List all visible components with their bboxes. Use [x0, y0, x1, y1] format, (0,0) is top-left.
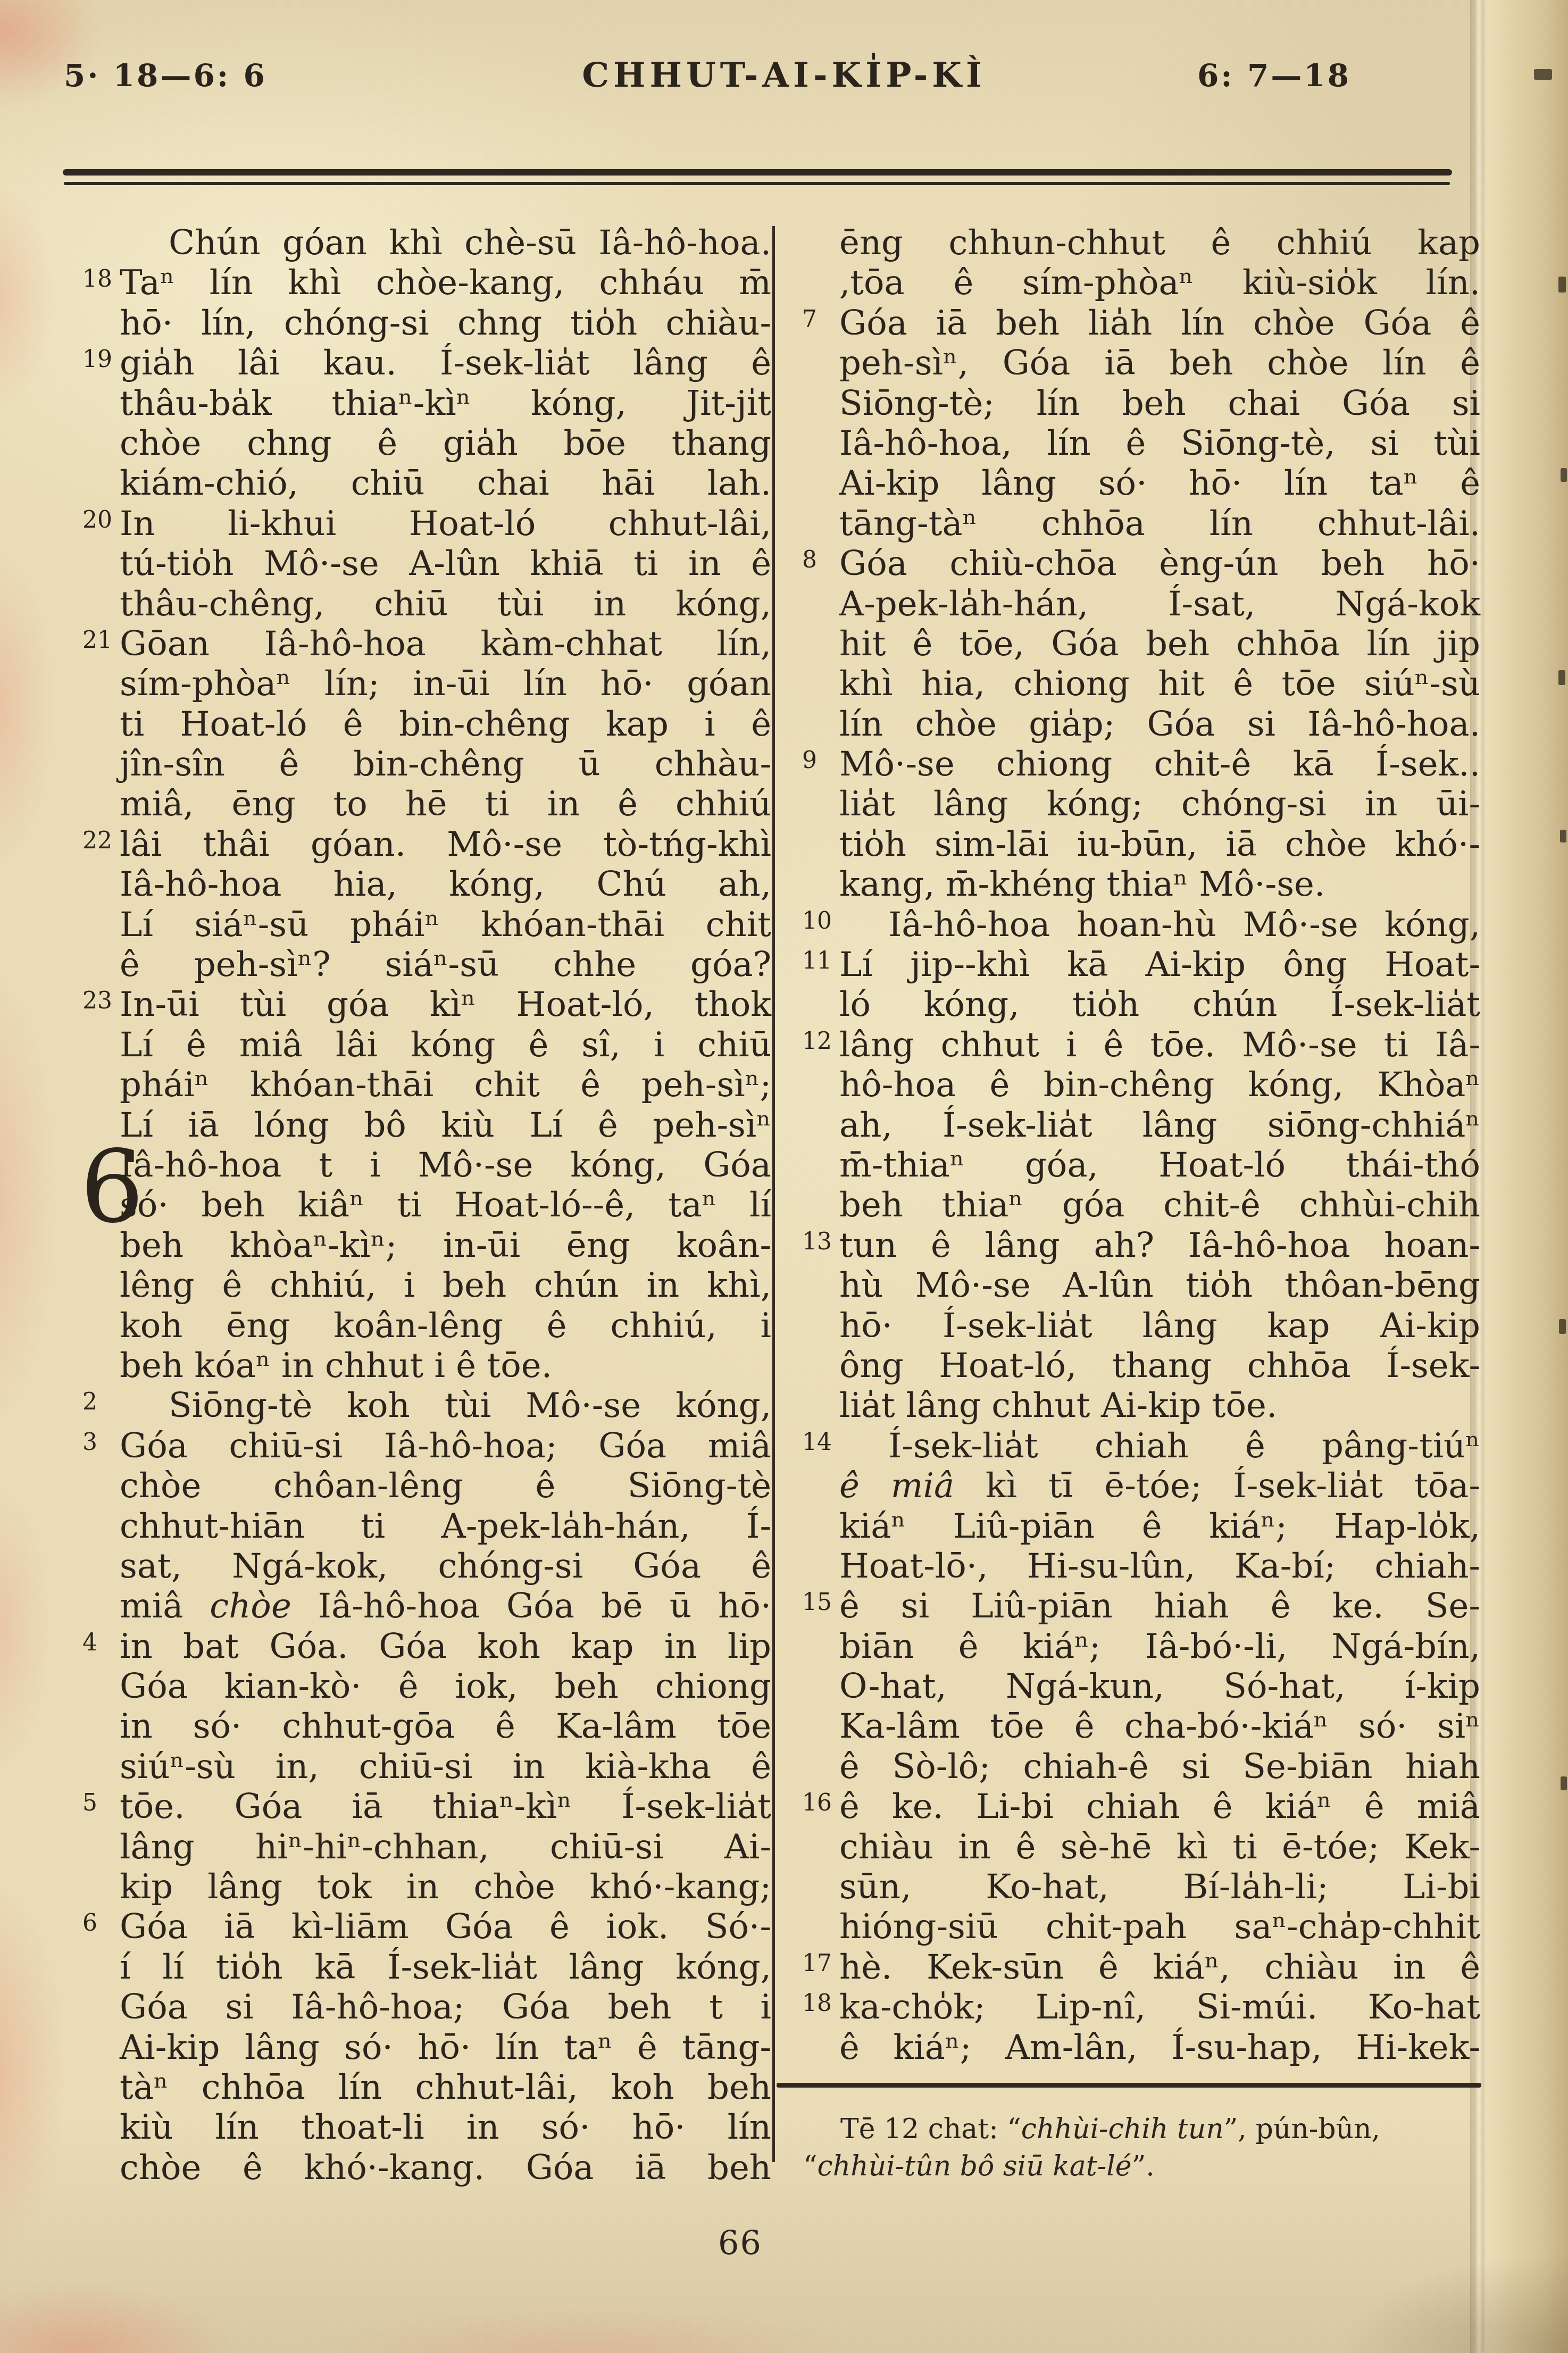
line-text: chòe chng ê gia̍h bōe thang: [120, 424, 771, 464]
line-text: beh thiaⁿ góa chit-ê chhùi-chih: [839, 1186, 1480, 1225]
line-text: beh khòaⁿ-kìⁿ; in-ūi ēng koân-: [120, 1226, 771, 1266]
verse-number: 18: [802, 1983, 836, 2023]
text-line: m̄-thiaⁿ góa, Hoat-ló thái-thó: [839, 1146, 1480, 1186]
text-line: beh khòaⁿ-kìⁿ; in-ūi ēng koân-: [120, 1226, 771, 1266]
line-text: tōe. Góa iā thiaⁿ-kìⁿ Í-sek-lia̍t: [120, 1787, 771, 1827]
text-line: A-pek-la̍h-hán, Í-sat, Ngá-kok: [839, 585, 1480, 624]
line-text: tun ê lâng ah? Iâ-hô-hoa hoan-: [839, 1226, 1480, 1266]
text-line: 22lâi thâi góan. Mô·-se tò-tńg-khì: [120, 825, 771, 865]
page-curl-strip: [1473, 0, 1568, 2353]
text-line: 15ê si Liû-piān hiah ê ke. Se-: [839, 1587, 1480, 1626]
column-divider-rule: [772, 226, 775, 2162]
line-text: Í-sek-lia̍t chiah ê pâng-tiúⁿ: [839, 1426, 1480, 1466]
line-text: siúⁿ-sù in, chiū-si in kià-kha ê: [120, 1747, 771, 1787]
verse-number: 3: [82, 1422, 116, 1462]
text-line: 18Taⁿ lín khì chòe-kang, chháu m̄: [120, 263, 771, 303]
line-text: Lí ê miâ lâi kóng ê sî, i chiū: [120, 1025, 771, 1065]
text-line: lia̍t lâng kóng; chóng-si in ūi-: [839, 785, 1480, 824]
text-line: ê peh-sìⁿ? siáⁿ-sū chhe góa?: [120, 945, 771, 985]
verse-number: 14: [802, 1422, 836, 1462]
text-line: Lí iā lóng bô kiù Lí ê peh-sìⁿ: [120, 1106, 771, 1146]
text-line: chòe chôan-lêng ê Siōng-tè: [120, 1466, 771, 1506]
text-line: lâng hiⁿ-hiⁿ-chhan, chiū-si Ai-: [120, 1828, 771, 1867]
line-text: kang, m̄-khéng thiaⁿ Mô·-se.: [839, 865, 1480, 905]
text-line: Iâ-hô-hoa, lín ê Siōng-tè, si tùi: [839, 424, 1480, 464]
line-text: ah, Í-sek-lia̍t lâng siōng-chhiáⁿ: [839, 1106, 1480, 1146]
line-text: khì hia, chiong hit ê tōe siúⁿ-sù: [839, 664, 1480, 704]
text-line: 8Góa chiù-chōa èng-ún beh hō·: [839, 544, 1480, 584]
line-text: lín chòe gia̍p; Góa si Iâ-hô-hoa.: [839, 705, 1480, 745]
line-text: gia̍h lâi kau. Í-sek-lia̍t lâng ê: [120, 344, 771, 383]
text-line: hō· lín, chóng-si chng tio̍h chiàu-: [120, 304, 771, 344]
text-line: Ai-kip lâng só· hō· lín taⁿ ê: [839, 464, 1480, 504]
text-line: Góa si Iâ-hô-hoa; Góa beh t i: [120, 1988, 771, 2027]
text-line: lia̍t lâng chhut Ai-kip tōe.: [839, 1386, 1480, 1426]
text-line: ló kóng, tio̍h chún Í-sek-lia̍t: [839, 985, 1480, 1025]
line-text: Góa kian-kò· ê iok, beh chiong: [120, 1667, 771, 1707]
line-text: jîn-sîn ê bin-chêng ū chhàu-: [120, 745, 771, 785]
line-text: beh kóaⁿ in chhut i ê tōe.: [120, 1346, 771, 1386]
edge-ink-mark: [1560, 830, 1566, 842]
text-line: koh ēng koân-lêng ê chhiú, i: [120, 1306, 771, 1346]
line-text: Lí jip--khì kā Ai-kip ông Hoat-: [839, 945, 1480, 985]
text-line: 18ka-cho̍k; Lip-nî, Si-múi. Ko-hat: [839, 1988, 1480, 2027]
line-text: Lí iā lóng bô kiù Lí ê peh-sìⁿ: [120, 1106, 771, 1146]
text-line: Chún góan khì chè-sū Iâ-hô-hoa.: [120, 223, 771, 263]
chapter-number: 6: [80, 1137, 144, 1237]
footnote: Tē 12 chat: “chhùi-chih tun”, pún-bûn,“c…: [803, 2110, 1489, 2185]
text-line: in só· chhut-gōa ê Ka-lâm tōe: [120, 1707, 771, 1747]
text-line: Iâ-hô-hoa t i Mô·-se kóng, Góa: [120, 1146, 771, 1186]
book-page: 5· 18—6: 6 CHHUT-AI-KI̍P-KÌ 6: 7—18 Chún…: [0, 0, 1568, 2353]
line-text: ka-cho̍k; Lip-nî, Si-múi. Ko-hat: [839, 1988, 1480, 2027]
text-line: chhut-hiān ti A-pek-la̍h-hán, Í-: [120, 1507, 771, 1547]
verse-number: 9: [802, 740, 836, 780]
edge-ink-mark: [1559, 1319, 1566, 1334]
text-line: hióng-siū chit-pah saⁿ-cha̍p-chhit: [839, 1907, 1480, 1947]
line-text: Iâ-hô-hoa t i Mô·-se kóng, Góa: [120, 1146, 771, 1186]
line-text: Ka-lâm tōe ê cha-bó·-kiáⁿ só· siⁿ: [839, 1707, 1480, 1747]
header-right-reference: 6: 7—18: [1197, 57, 1351, 94]
line-text: sūn, Ko-hat, Bí-la̍h-li; Li-bi: [839, 1867, 1480, 1907]
verse-number: 11: [802, 941, 836, 981]
text-line: jîn-sîn ê bin-chêng ū chhàu-: [120, 745, 771, 785]
line-text: Chún góan khì chè-sū Iâ-hô-hoa.: [120, 223, 771, 263]
text-line: chòe chng ê gia̍h bōe thang: [120, 424, 771, 464]
verse-number: 22: [82, 821, 116, 861]
text-line: sat, Ngá-kok, chóng-si Góa ê: [120, 1547, 771, 1587]
line-text: Góa si Iâ-hô-hoa; Góa beh t i: [120, 1988, 771, 2027]
line-text: Siōng-tè koh tùi Mô·-se kóng,: [120, 1386, 771, 1426]
text-line: chiàu in ê sè-hē kì ti ē-tóe; Kek-: [839, 1828, 1480, 1867]
verse-number: 16: [802, 1783, 836, 1823]
text-line: thâu-chêng, chiū tùi in kóng,: [120, 585, 771, 624]
line-text: Gōan Iâ-hô-hoa kàm-chhat lín,: [120, 624, 771, 664]
text-line: 9Mô·-se chiong chit-ê kā Í-sek..: [839, 745, 1480, 785]
text-line: 10Iâ-hô-hoa hoan-hù Mô·-se kóng,: [839, 905, 1480, 945]
text-line: pháiⁿ khóan-thāi chit ê peh-sìⁿ;: [120, 1065, 771, 1105]
text-line: 17hè. Kek-sūn ê kiáⁿ, chiàu in ê: [839, 1948, 1480, 1988]
line-text: ê ke. Li-bi chiah ê kiáⁿ ê miâ: [839, 1787, 1480, 1827]
line-text: lia̍t lâng kóng; chóng-si in ūi-: [839, 785, 1480, 824]
text-line: Ka-lâm tōe ê cha-bó·-kiáⁿ só· siⁿ: [839, 1707, 1480, 1747]
verse-number: 17: [802, 1943, 836, 1983]
verse-number: 12: [802, 1021, 836, 1061]
line-text: biān ê kiáⁿ; Iâ-bó·-li, Ngá-bín,: [839, 1627, 1480, 1667]
text-line: 5tōe. Góa iā thiaⁿ-kìⁿ Í-sek-lia̍t: [120, 1787, 771, 1827]
text-line: sūn, Ko-hat, Bí-la̍h-li; Li-bi: [839, 1867, 1480, 1907]
bottom-corner-shadow: [1249, 2215, 1568, 2353]
line-text: sím-phòaⁿ lín; in-ūi lín hō· góan: [120, 664, 771, 704]
edge-ink-mark: [1561, 1776, 1567, 1790]
text-line: ti Hoat-ló ê bin-chêng kap i ê: [120, 705, 771, 745]
line-text: Siōng-tè; lín beh chai Góa si: [839, 384, 1480, 424]
line-text: sat, Ngá-kok, chóng-si Góa ê: [120, 1547, 771, 1587]
verse-number: 13: [802, 1222, 836, 1262]
line-text: ,tōa ê sím-phòaⁿ kiù-sio̍k lín.: [839, 263, 1480, 303]
text-line: ah, Í-sek-lia̍t lâng siōng-chhiáⁿ: [839, 1106, 1480, 1146]
line-text: ti Hoat-ló ê bin-chêng kap i ê: [120, 705, 771, 745]
line-text: thâu-chêng, chiū tùi in kóng,: [120, 585, 771, 624]
line-text: tàⁿ chhōa lín chhut-lâi, koh beh: [120, 2068, 771, 2108]
verse-number: 2: [82, 1382, 116, 1422]
verse-number: 21: [82, 620, 116, 660]
line-text: lâng chhut i ê tōe. Mô·-se ti Iâ-: [839, 1025, 1480, 1065]
header-rule-thick: [63, 169, 1452, 176]
text-line: Lí ê miâ lâi kóng ê sî, i chiū: [120, 1025, 771, 1065]
line-text: in bat Góa. Góa koh kap in lip: [120, 1627, 771, 1667]
line-text: m̄-thiaⁿ góa, Hoat-ló thái-thó: [839, 1146, 1480, 1186]
line-text: hô-hoa ê bin-chêng kóng, Khòaⁿ: [839, 1065, 1480, 1105]
footnote-rule: [777, 2083, 1481, 2088]
text-line: Góa kian-kò· ê iok, beh chiong: [120, 1667, 771, 1707]
line-text: chòe chôan-lêng ê Siōng-tè: [120, 1466, 771, 1506]
line-text: tio̍h sim-lāi iu-būn, iā chòe khó·-: [839, 825, 1480, 865]
text-line: Hoat-lō·, Hi-su-lûn, Ka-bí; chiah-: [839, 1547, 1480, 1587]
text-line: sím-phòaⁿ lín; in-ūi lín hō· góan: [120, 664, 771, 704]
line-text: ê peh-sìⁿ? siáⁿ-sū chhe góa?: [120, 945, 771, 985]
line-text: chiàu in ê sè-hē kì ti ē-tóe; Kek-: [839, 1828, 1480, 1867]
text-line: O-hat, Ngá-kun, Só-hat, í-kip: [839, 1667, 1480, 1707]
text-line: kip lâng tok in chòe khó·-kang;: [120, 1867, 771, 1907]
text-line: kiám-chió, chiū chai hāi lah.: [120, 464, 771, 504]
text-line: 20In li-khui Hoat-ló chhut-lâi,: [120, 504, 771, 544]
text-line: Siōng-tè; lín beh chai Góa si: [839, 384, 1480, 424]
text-line: khì hia, chiong hit ê tōe siúⁿ-sù: [839, 664, 1480, 704]
line-text: chhut-hiān ti A-pek-la̍h-hán, Í-: [120, 1507, 771, 1547]
header-rule-thin: [64, 182, 1450, 185]
line-text: kiám-chió, chiū chai hāi lah.: [120, 464, 771, 504]
text-line: 7Góa iā beh lia̍h lín chòe Góa ê: [839, 304, 1480, 344]
line-text: Ai-kip lâng só· hō· lín taⁿ ê tāng-: [120, 2028, 771, 2068]
edge-ink-mark: [1558, 670, 1565, 685]
verse-number: 23: [82, 981, 116, 1021]
line-text: kiáⁿ Liû-piān ê kiáⁿ; Hap-lo̍k,: [839, 1507, 1480, 1547]
text-line: 13tun ê lâng ah? Iâ-hô-hoa hoan-: [839, 1226, 1480, 1266]
text-line: 11Lí jip--khì kā Ai-kip ông Hoat-: [839, 945, 1480, 985]
line-text: Góa iā beh lia̍h lín chòe Góa ê: [839, 304, 1480, 344]
text-line: 4in bat Góa. Góa koh kap in lip: [120, 1627, 771, 1667]
line-text: miâ, ēng to hē ti in ê chhiú: [120, 785, 771, 824]
text-line: 3Góa chiū-si Iâ-hô-hoa; Góa miâ: [120, 1426, 771, 1466]
text-line: kiáⁿ Liû-piān ê kiáⁿ; Hap-lo̍k,: [839, 1507, 1480, 1547]
text-line: só· beh kiâⁿ ti Hoat-ló--ê, taⁿ lí: [120, 1186, 771, 1225]
verse-number: 19: [82, 339, 116, 379]
line-text: A-pek-la̍h-hán, Í-sat, Ngá-kok: [839, 585, 1480, 624]
line-text: miâ chòe Iâ-hô-hoa Góa bē ū hō·: [120, 1587, 771, 1626]
line-text: pháiⁿ khóan-thāi chit ê peh-sìⁿ;: [120, 1065, 771, 1105]
text-line: ông Hoat-ló, thang chhōa Í-sek-: [839, 1346, 1480, 1386]
footnote-line: Tē 12 chat: “chhùi-chih tun”, pún-bûn,: [803, 2110, 1489, 2148]
line-text: in só· chhut-gōa ê Ka-lâm tōe: [120, 1707, 771, 1747]
line-text: lâi thâi góan. Mô·-se tò-tńg-khì: [120, 825, 771, 865]
line-text: Góa chiū-si Iâ-hô-hoa; Góa miâ: [120, 1426, 771, 1466]
line-text: hù Mô·-se A-lûn tio̍h thôan-bēng: [839, 1266, 1480, 1306]
text-column-right: ēng chhun-chhut ê chhiú kap,tōa ê sím-ph…: [839, 223, 1480, 2068]
text-line: lín chòe gia̍p; Góa si Iâ-hô-hoa.: [839, 705, 1480, 745]
text-line: 19gia̍h lâi kau. Í-sek-lia̍t lâng ê: [120, 344, 771, 383]
line-text: koh ēng koân-lêng ê chhiú, i: [120, 1306, 771, 1346]
line-text: hō· Í-sek-lia̍t lâng kap Ai-kip: [839, 1306, 1480, 1346]
text-line: beh kóaⁿ in chhut i ê tōe.: [120, 1346, 771, 1386]
verse-number: 7: [802, 299, 836, 339]
text-line: 14Í-sek-lia̍t chiah ê pâng-tiúⁿ: [839, 1426, 1480, 1466]
line-text: kiù lín thoat-li in só· hō· lín: [120, 2108, 771, 2148]
text-line: chòe ê khó·-kang. Góa iā beh: [120, 2148, 771, 2188]
verse-number: 10: [802, 901, 836, 941]
line-text: peh-sìⁿ, Góa iā beh chòe lín ê: [839, 344, 1480, 383]
line-text: ê miâ kì tī ē-tóe; Í-sek-lia̍t tōa-: [839, 1466, 1480, 1506]
text-column-left: Chún góan khì chè-sū Iâ-hô-hoa.18Taⁿ lín…: [120, 223, 771, 2188]
line-text: In li-khui Hoat-ló chhut-lâi,: [120, 504, 771, 544]
text-line: biān ê kiáⁿ; Iâ-bó·-li, Ngá-bín,: [839, 1627, 1480, 1667]
text-line: Lí siáⁿ-sū pháiⁿ khóan-thāi chit: [120, 905, 771, 945]
line-text: ê si Liû-piān hiah ê ke. Se-: [839, 1587, 1480, 1626]
text-line: hô-hoa ê bin-chêng kóng, Khòaⁿ: [839, 1065, 1480, 1105]
text-line: 6Góa iā kì-liām Góa ê iok. Só·-: [120, 1907, 771, 1947]
text-line: 12lâng chhut i ê tōe. Mô·-se ti Iâ-: [839, 1025, 1480, 1065]
text-line: hō· Í-sek-lia̍t lâng kap Ai-kip: [839, 1306, 1480, 1346]
text-line: miâ chòe Iâ-hô-hoa Góa bē ū hō·: [120, 1587, 771, 1626]
text-line: 21Gōan Iâ-hô-hoa kàm-chhat lín,: [120, 624, 771, 664]
text-line: ê Sò-lô; chiah-ê si Se-biān hiah: [839, 1747, 1480, 1787]
line-text: í lí tio̍h kā Í-sek-lia̍t lâng kóng,: [120, 1948, 771, 1988]
line-text: lâng hiⁿ-hiⁿ-chhan, chiū-si Ai-: [120, 1828, 771, 1867]
text-line: kiù lín thoat-li in só· hō· lín: [120, 2108, 771, 2148]
line-text: Iâ-hô-hoa hia, kóng, Chú ah,: [120, 865, 771, 905]
text-line: miâ, ēng to hē ti in ê chhiú: [120, 785, 771, 824]
verse-number: 15: [802, 1582, 836, 1622]
line-text: hióng-siū chit-pah saⁿ-cha̍p-chhit: [839, 1907, 1480, 1947]
line-text: Taⁿ lín khì chòe-kang, chháu m̄: [120, 263, 771, 303]
line-text: ló kóng, tio̍h chún Í-sek-lia̍t: [839, 985, 1480, 1025]
line-text: ê Sò-lô; chiah-ê si Se-biān hiah: [839, 1747, 1480, 1787]
edge-ink-mark: [1558, 277, 1566, 293]
line-text: ēng chhun-chhut ê chhiú kap: [839, 223, 1480, 263]
line-text: Lí siáⁿ-sū pháiⁿ khóan-thāi chit: [120, 905, 771, 945]
edge-ink-mark: [1561, 468, 1567, 482]
line-text: lêng ê chhiú, i beh chún in khì,: [120, 1266, 771, 1306]
text-line: tàⁿ chhōa lín chhut-lâi, koh beh: [120, 2068, 771, 2108]
line-text: só· beh kiâⁿ ti Hoat-ló--ê, taⁿ lí: [120, 1186, 771, 1225]
line-text: Hoat-lō·, Hi-su-lûn, Ka-bí; chiah-: [839, 1547, 1480, 1587]
text-line: hit ê tōe, Góa beh chhōa lín jip: [839, 624, 1480, 664]
verse-number: 5: [82, 1783, 116, 1823]
line-text: kip lâng tok in chòe khó·-kang;: [120, 1867, 771, 1907]
text-line: ê kiáⁿ; Am-lân, Í-su-hap, Hi-kek-: [839, 2028, 1480, 2068]
verse-number: 6: [82, 1903, 116, 1943]
line-text: Iâ-hô-hoa, lín ê Siōng-tè, si tùi: [839, 424, 1480, 464]
text-line: tāng-tàⁿ chhōa lín chhut-lâi.: [839, 504, 1480, 544]
text-line: lêng ê chhiú, i beh chún in khì,: [120, 1266, 771, 1306]
line-text: hè. Kek-sūn ê kiáⁿ, chiàu in ê: [839, 1948, 1480, 1988]
text-line: hù Mô·-se A-lûn tio̍h thôan-bēng: [839, 1266, 1480, 1306]
text-line: ,tōa ê sím-phòaⁿ kiù-sio̍k lín.: [839, 263, 1480, 303]
verse-number: 4: [82, 1623, 116, 1663]
line-text: thâu-ba̍k thiaⁿ-kìⁿ kóng, Jit-ji̍t: [120, 384, 771, 424]
line-text: lia̍t lâng chhut Ai-kip tōe.: [839, 1386, 1480, 1426]
line-text: hō· lín, chóng-si chng tio̍h chiàu-: [120, 304, 771, 344]
text-line: peh-sìⁿ, Góa iā beh chòe lín ê: [839, 344, 1480, 383]
text-line: tio̍h sim-lāi iu-būn, iā chòe khó·-: [839, 825, 1480, 865]
text-line: kang, m̄-khéng thiaⁿ Mô·-se.: [839, 865, 1480, 905]
text-line: Ai-kip lâng só· hō· lín taⁿ ê tāng-: [120, 2028, 771, 2068]
text-line: ēng chhun-chhut ê chhiú kap: [839, 223, 1480, 263]
text-line: 23In-ūi tùi góa kìⁿ Hoat-ló, thok: [120, 985, 771, 1025]
verse-number: 20: [82, 500, 116, 540]
line-text: Mô·-se chiong chit-ê kā Í-sek..: [839, 745, 1480, 785]
line-text: chòe ê khó·-kang. Góa iā beh: [120, 2148, 771, 2188]
text-line: Iâ-hô-hoa hia, kóng, Chú ah,: [120, 865, 771, 905]
text-line: siúⁿ-sù in, chiū-si in kià-kha ê: [120, 1747, 771, 1787]
line-text: Iâ-hô-hoa hoan-hù Mô·-se kóng,: [839, 905, 1480, 945]
line-text: In-ūi tùi góa kìⁿ Hoat-ló, thok: [120, 985, 771, 1025]
text-line: í lí tio̍h kā Í-sek-lia̍t lâng kóng,: [120, 1948, 771, 1988]
verse-number: 18: [82, 259, 116, 299]
footnote-line: “chhùi-tûn bô siū kat-lé”.: [803, 2148, 1489, 2185]
verse-number: 8: [802, 540, 836, 580]
text-line: 16ê ke. Li-bi chiah ê kiáⁿ ê miâ: [839, 1787, 1480, 1827]
text-line: ê miâ kì tī ē-tóe; Í-sek-lia̍t tōa-: [839, 1466, 1480, 1506]
line-text: ông Hoat-ló, thang chhōa Í-sek-: [839, 1346, 1480, 1386]
text-line: tú-tio̍h Mô·-se A-lûn khiā ti in ê: [120, 544, 771, 584]
line-text: Góa chiù-chōa èng-ún beh hō·: [839, 544, 1480, 584]
text-line: beh thiaⁿ góa chit-ê chhùi-chih: [839, 1186, 1480, 1225]
text-line: 2Siōng-tè koh tùi Mô·-se kóng,: [120, 1386, 771, 1426]
line-text: hit ê tōe, Góa beh chhōa lín jip: [839, 624, 1480, 664]
line-text: tāng-tàⁿ chhōa lín chhut-lâi.: [839, 504, 1480, 544]
line-text: ê kiáⁿ; Am-lân, Í-su-hap, Hi-kek-: [839, 2028, 1480, 2068]
line-text: tú-tio̍h Mô·-se A-lûn khiā ti in ê: [120, 544, 771, 584]
line-text: Ai-kip lâng só· hō· lín taⁿ ê: [839, 464, 1480, 504]
line-text: O-hat, Ngá-kun, Só-hat, í-kip: [839, 1667, 1480, 1707]
page-number: 66: [718, 2223, 762, 2262]
line-text: Góa iā kì-liām Góa ê iok. Só·-: [120, 1907, 771, 1947]
text-line: thâu-ba̍k thiaⁿ-kìⁿ kóng, Jit-ji̍t: [120, 384, 771, 424]
